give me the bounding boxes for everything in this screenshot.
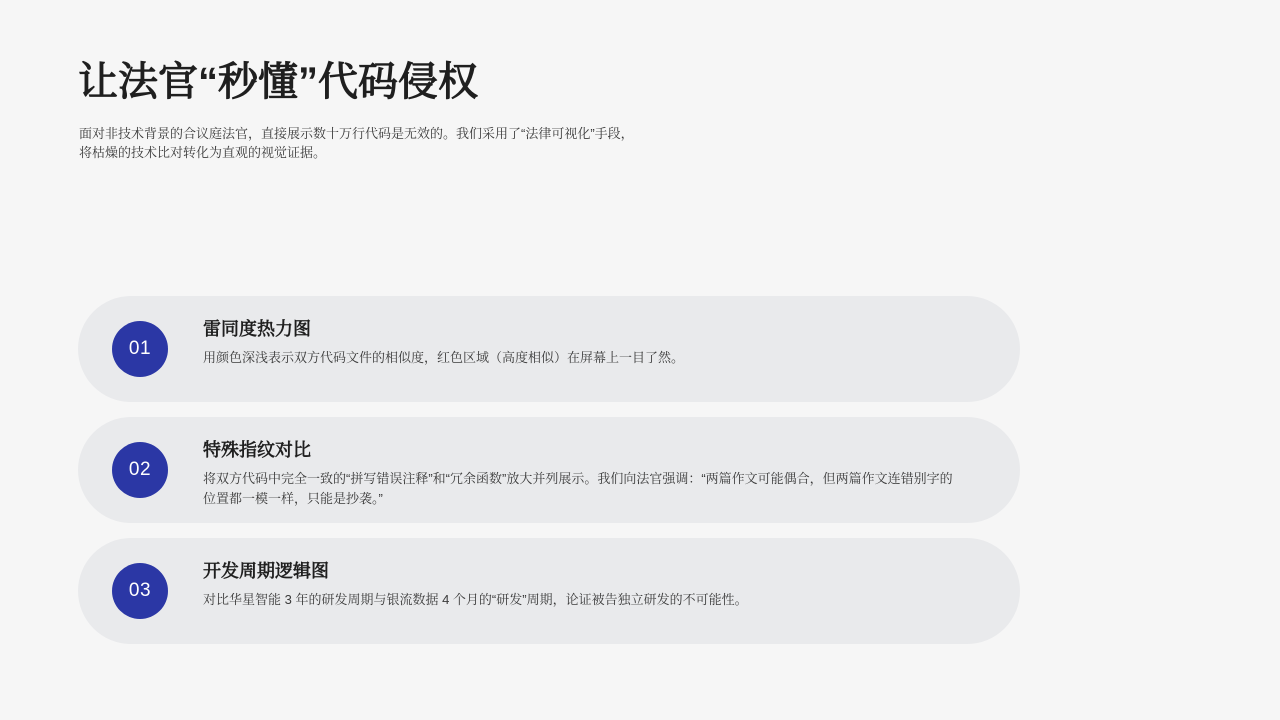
method-card-fingerprint: 02 特殊指纹对比 将双方代码中完全一致的“拼写错误注释”和“冗余函数”放大并列… bbox=[78, 417, 1020, 523]
card-title: 开发周期逻辑图 bbox=[203, 558, 960, 584]
card-body: 特殊指纹对比 将双方代码中完全一致的“拼写错误注释”和“冗余函数”放大并列展示。… bbox=[203, 437, 960, 509]
page-title: 让法官“秒懂”代码侵权 bbox=[78, 56, 478, 108]
number-badge: 01 bbox=[112, 321, 168, 377]
intro-paragraph: 面对非技术背景的合议庭法官，直接展示数十万行代码是无效的。我们采用了“法律可视化… bbox=[79, 124, 639, 162]
method-card-heatmap: 01 雷同度热力图 用颜色深浅表示双方代码文件的相似度，红色区域（高度相似）在屏… bbox=[78, 296, 1020, 402]
method-card-timeline: 03 开发周期逻辑图 对比华星智能 3 年的研发周期与银流数据 4 个月的“研发… bbox=[78, 538, 1020, 644]
card-body: 开发周期逻辑图 对比华星智能 3 年的研发周期与银流数据 4 个月的“研发”周期… bbox=[203, 558, 960, 610]
number-badge: 02 bbox=[112, 442, 168, 498]
slide: 让法官“秒懂”代码侵权 面对非技术背景的合议庭法官，直接展示数十万行代码是无效的… bbox=[0, 0, 1280, 720]
card-description: 将双方代码中完全一致的“拼写错误注释”和“冗余函数”放大并列展示。我们向法官强调… bbox=[203, 469, 963, 509]
card-description: 对比华星智能 3 年的研发周期与银流数据 4 个月的“研发”周期，论证被告独立研… bbox=[203, 590, 963, 610]
card-description: 用颜色深浅表示双方代码文件的相似度，红色区域（高度相似）在屏幕上一目了然。 bbox=[203, 348, 963, 368]
number-badge: 03 bbox=[112, 563, 168, 619]
card-title: 雷同度热力图 bbox=[203, 316, 960, 342]
method-list: 01 雷同度热力图 用颜色深浅表示双方代码文件的相似度，红色区域（高度相似）在屏… bbox=[78, 296, 1020, 659]
card-body: 雷同度热力图 用颜色深浅表示双方代码文件的相似度，红色区域（高度相似）在屏幕上一… bbox=[203, 316, 960, 368]
card-title: 特殊指纹对比 bbox=[203, 437, 960, 463]
